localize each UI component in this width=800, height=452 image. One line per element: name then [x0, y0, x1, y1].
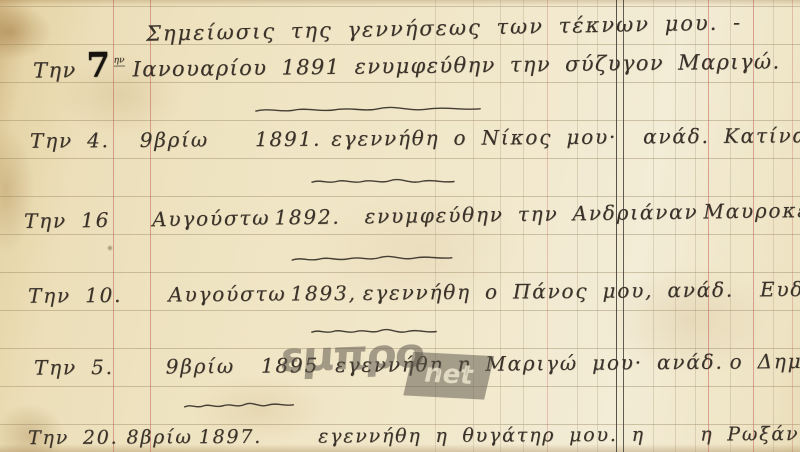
entry-month: 9βρίω — [166, 354, 235, 379]
marriage-prefix: Την — [33, 58, 77, 83]
entry-surname: Μαυροκεφάλου — [703, 197, 800, 224]
entry-month: Αυγούστω — [152, 206, 271, 232]
entry-date: Την 10. — [28, 283, 122, 308]
column-rule-red-edge — [792, 0, 793, 452]
entry-year: 1895 — [261, 353, 319, 378]
separator-squiggle — [253, 104, 483, 115]
separator-squiggle — [310, 327, 438, 336]
marriage-day-suffix: ην — [113, 55, 124, 66]
entry-date: Την 16 — [24, 208, 110, 233]
entry-text: εγεννήθη η θυγάτηρ μου. — [318, 424, 618, 448]
separator-squiggle — [290, 253, 454, 264]
entry-date: Την 20. — [28, 427, 119, 449]
entry-text: εγεννήθη η Μαριγώ μου· ανάδ. — [335, 350, 724, 377]
marriage-day-numeral: 7 — [86, 46, 112, 86]
scanned-ledger-page: Σημείωσις της γεννήσεως των τέκνων μου. … — [0, 0, 800, 452]
entry-text: εγεννήθη ο Πάνος μου, ανάδ. — [363, 278, 734, 305]
entry-month: Αυγούστω — [168, 281, 286, 306]
entry-date: Την 5. — [34, 355, 114, 380]
entry-month: 9βρίω — [140, 127, 209, 151]
entry-month: 8βρίω — [126, 426, 192, 448]
separator-squiggle — [183, 400, 295, 411]
entry-godparent: ανάδ. Κατίνα. — [643, 123, 800, 148]
separator-squiggle — [310, 177, 456, 186]
entry-daughter-name: η η Ρωξάνη. — [632, 423, 800, 446]
entry-year: 1897. — [199, 426, 263, 448]
entry-year: 1893, — [290, 281, 356, 306]
entry-godparent: ο Δημοσθέν — [729, 348, 800, 373]
entry-godparent: Ευδοξία. - — [760, 276, 800, 301]
entry-date: Την 4. — [30, 128, 110, 153]
entry-year: 1891. — [255, 127, 321, 151]
entry-text: εγεννήθη ο Νίκος μου· — [331, 125, 617, 151]
entry-year: 1892. — [274, 205, 341, 230]
birth-entry-1897: Την 20.8βρίω1897.εγεννήθη η θυγάτηρ μου.… — [28, 423, 800, 449]
entry-text: ενυμφεύθην την Ανδριάναν — [364, 200, 698, 229]
